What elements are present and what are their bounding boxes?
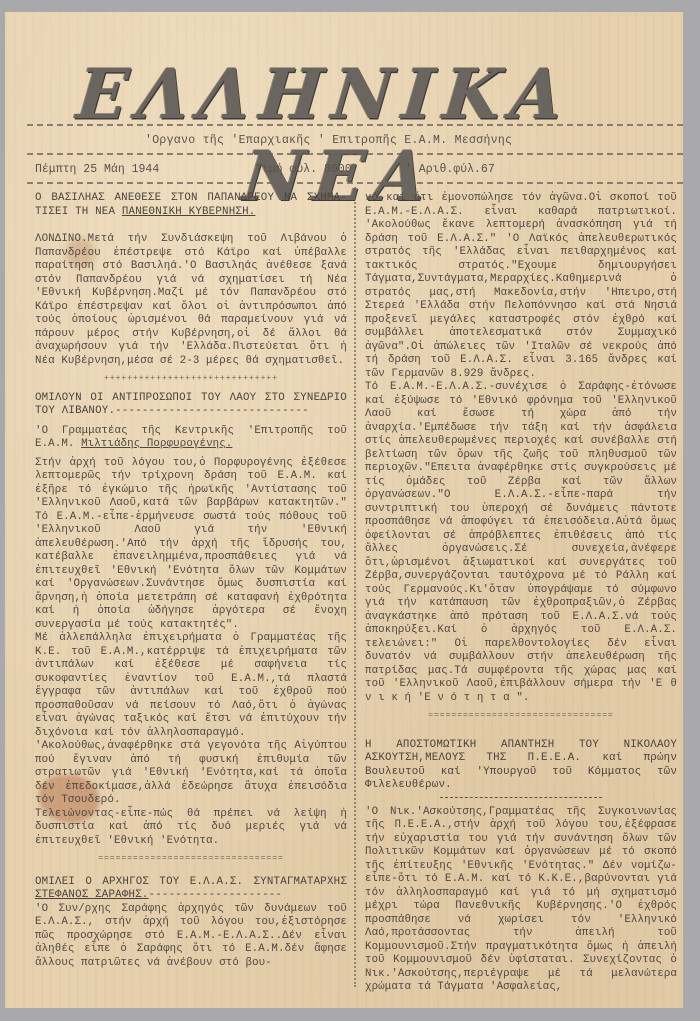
article-headline: ΟΜΙΛΟΥΝ ΟΙ ΑΝΤΙΠΡΟΣΩΠΟΙ ΤΟΥ ΛΑΟΥ ΣΤΟ ΣΥΝ… xyxy=(35,392,347,419)
article-body: ΛΟΝΔΙΝΟ.Μετά τήν Συνδιάσκεψη τοῦ Λιβάνου… xyxy=(35,233,347,368)
separator: ++++++++++++++++++++++++++++++ xyxy=(35,372,347,386)
article-continuation: Τό Ε.Α.Μ.-Ε.Λ.Α.Σ.-συνέχισε ὁ Σαράφης-ἐτ… xyxy=(365,381,677,705)
headline-underlined: ΠΑΝΕΘΝΙΚΗ ΚΥΒΕΡΝΗΣΗ. xyxy=(122,206,256,218)
article-lebanon-congress: ΟΜΙΛΟΥΝ ΟΙ ΑΝΤΙΠΡΟΣΩΠΟΙ ΤΟΥ ΛΑΟΥ ΣΤΟ ΣΥΝ… xyxy=(35,392,347,866)
right-column: νό καί ὅτι ἐμονοπώλησε τόν ἀγῶνα.Οἱ σκοπ… xyxy=(365,192,677,995)
column-divider xyxy=(354,187,356,987)
newspaper-page: ΕΛΛΗΝΙΚΑΝΕΑ 'Οργανο τῆς 'Επαρχιακῆς ' Επ… xyxy=(5,12,683,1008)
separator: ================================ xyxy=(365,709,677,723)
article-body: 'Ακολούθως,ἀναφέρθηκε στά γεγονότα τῆς Α… xyxy=(35,740,347,808)
masthead-word-1: ΕΛΛΗΝΙΚΑ xyxy=(74,53,577,135)
headline-text: ΟΜΙΛΕΙ Ο ΑΡΧΗΓΟΣ ΤΟΥ Ε.Λ.Α.Σ. ΣΥΝΤΑΓΜΑΤΑ… xyxy=(35,876,347,888)
byline-name: Μιλτιάδης Πορφυρογένης. xyxy=(81,438,232,450)
issue-price: Τιμή φύλ. 8000 xyxy=(255,163,352,176)
headline-rule xyxy=(440,797,602,798)
masthead-rule-top xyxy=(27,124,683,126)
article-headline: ΟΜΙΛΕΙ Ο ΑΡΧΗΓΟΣ ΤΟΥ Ε.Λ.Α.Σ. ΣΥΝΤΑΓΜΑΤΑ… xyxy=(35,876,347,903)
issue-number: ' Αριθ.φύλ.67 xyxy=(405,163,495,176)
article-headline: Η ΑΠΟΣΤΟΜΩΤΙΚΗ ΑΠΑΝΤΗΣΗ ΤΟΥ ΝΙΚΟΛΑΟΥ ΑΣΚ… xyxy=(365,739,677,793)
separator: ================================ xyxy=(35,852,347,866)
issue-date: Πέμπτη 25 Μάη 1944 xyxy=(35,163,159,176)
masthead-subtitle: 'Οργανο τῆς 'Επαρχιακῆς ' Επιτροπῆς Ε.Α.… xyxy=(145,134,512,147)
article-body: Μέ ἀλλεπάλληλα ἐπιχειρήματα ὁ Γραμματέας… xyxy=(35,632,347,740)
article-body: Στήν ἀρχή τοῦ λόγου του,ὁ Πορφυρογένης ἐ… xyxy=(35,457,347,633)
article-body: 'Ο Συν/ρχης Σαράφης ἀρχηγός τῶν δυνάμεων… xyxy=(35,903,347,971)
masthead-rule-middle xyxy=(27,153,683,155)
article-headline: Ο ΒΑΣΙΛΗΑΣ ΑΝΕΘΕΣΕ ΣΤΟΝ ΠΑΠΑΝΔΡΕΟΥ ΝΑ ΣΧ… xyxy=(35,192,347,219)
left-column: Ο ΒΑΣΙΛΗΑΣ ΑΝΕΘΕΣΕ ΣΤΟΝ ΠΑΠΑΝΔΡΕΟΥ ΝΑ ΣΧ… xyxy=(35,192,347,970)
article-king-papandreou: Ο ΒΑΣΙΛΗΑΣ ΑΝΕΘΕΣΕ ΣΤΟΝ ΠΑΠΑΝΔΡΕΟΥ ΝΑ ΣΧ… xyxy=(35,192,347,386)
article-continuation: νό καί ὅτι ἐμονοπώλησε τόν ἀγῶνα.Οἱ σκοπ… xyxy=(365,192,677,381)
article-byline: 'Ο Γραμματέας τῆς Κεντρικῆς 'Επιτροπῆς τ… xyxy=(35,425,347,452)
dateline-rule xyxy=(27,182,683,184)
headline-dashes: -------------------- xyxy=(149,889,283,901)
article-askoutsis: Η ΑΠΟΣΤΟΜΩΤΙΚΗ ΑΠΑΝΤΗΣΗ ΤΟΥ ΝΙΚΟΛΑΟΥ ΑΣΚ… xyxy=(365,739,677,995)
article-sarafis: ΟΜΙΛΕΙ Ο ΑΡΧΗΓΟΣ ΤΟΥ Ε.Λ.Α.Σ. ΣΥΝΤΑΓΜΑΤΑ… xyxy=(35,876,347,971)
headline-underlined: ΣΤΕΦΑΝΟΣ ΣΑΡΑΦΗΣ. xyxy=(35,889,149,901)
article-body: 'Ο Νικ.'Ασκούτσης,Γραμματέας τῆς Συγκοιν… xyxy=(365,806,677,995)
article-body: Τελειώνοντας-εἶπε-πώς θά πρέπει νά λείψη… xyxy=(35,808,347,849)
